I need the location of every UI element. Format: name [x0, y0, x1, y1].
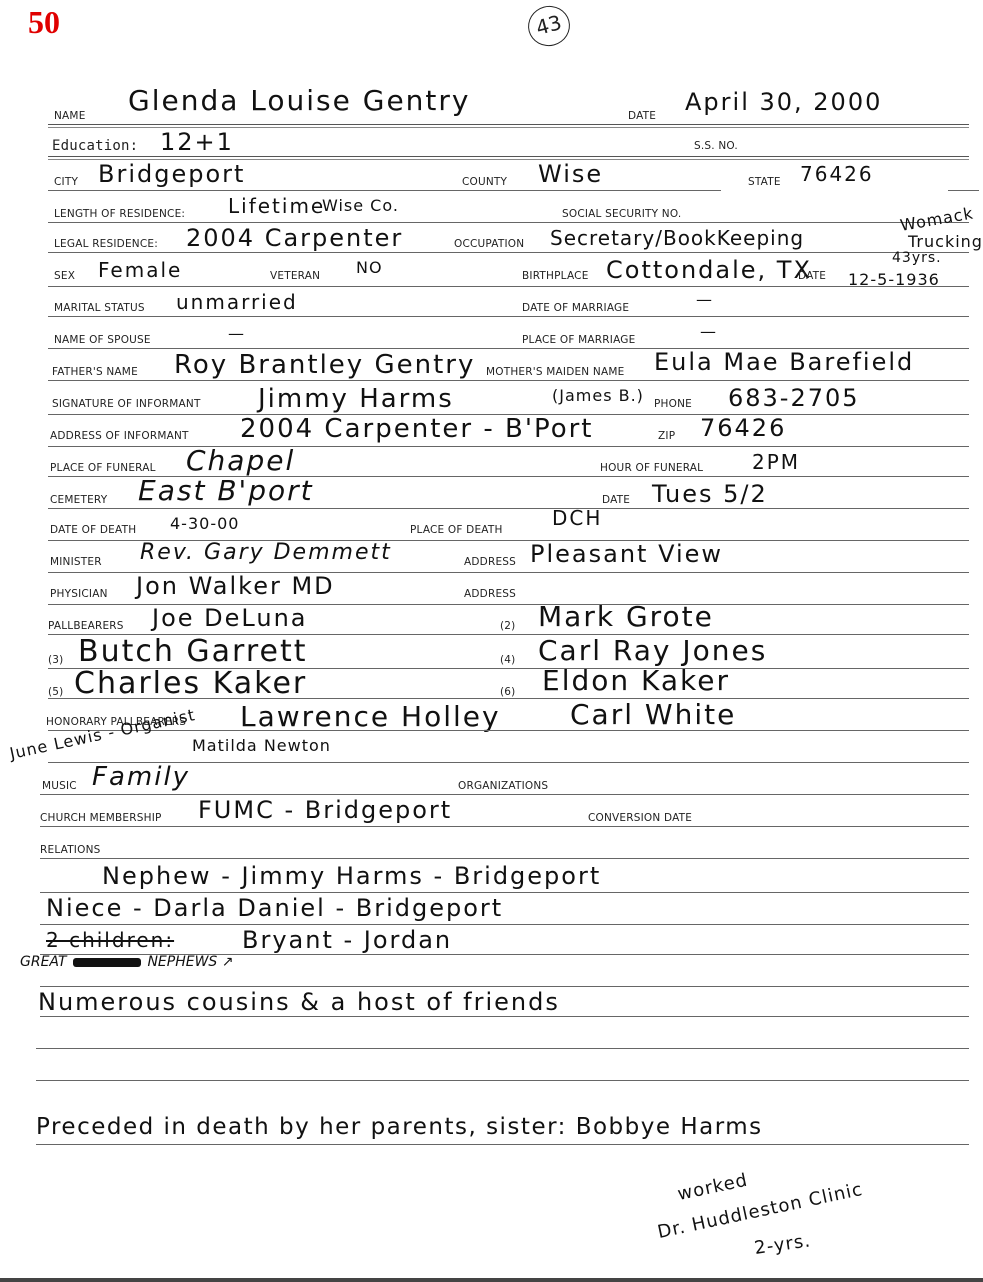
- occupation-note-bottom: Trucking: [908, 232, 983, 251]
- relation-line-1: Nephew - Jimmy Harms - Bridgeport: [102, 862, 601, 890]
- date-of-marriage-value: —: [696, 290, 713, 309]
- name-of-spouse-label: NAME OF SPOUSE: [54, 334, 151, 346]
- address-of-informant-value: 2004 Carpenter - B'Port: [240, 414, 594, 444]
- side-note-line-3: 2-yrs.: [753, 1230, 812, 1259]
- pallbearer-4-num: (4): [500, 654, 515, 666]
- minister-value: Rev. Gary Demmett: [140, 540, 392, 565]
- date-of-death-value: 4-30-00: [170, 514, 239, 533]
- rule: [40, 986, 969, 987]
- minister-address-label: ADDRESS: [464, 556, 516, 568]
- pallbearer-1: Joe DeLuna: [152, 604, 307, 632]
- county-label: COUNTY: [462, 176, 507, 188]
- occupation-value: Secretary/BookKeeping: [550, 226, 804, 250]
- state-label: STATE: [748, 176, 781, 188]
- date-of-marriage-label: DATE OF MARRIAGE: [522, 302, 629, 314]
- pallbearers-label: PALLBEARERS: [48, 620, 124, 632]
- zip-value: 76426: [700, 414, 786, 442]
- county-value: Wise: [538, 160, 603, 188]
- city-label: CITY: [54, 176, 78, 188]
- rule: [48, 190, 721, 191]
- rule: [48, 286, 969, 287]
- church-membership-value: FUMC - Bridgeport: [198, 796, 452, 824]
- relations-label: RELATIONS: [40, 844, 100, 856]
- page-bottom-edge: [0, 1278, 983, 1282]
- name-of-spouse-value: —: [228, 324, 245, 343]
- fathers-name-label: FATHER'S NAME: [52, 366, 138, 378]
- relation-line-3: Bryant - Jordan: [242, 926, 452, 954]
- place-of-funeral-value: Chapel: [186, 444, 295, 477]
- signature-of-informant-label: SIGNATURE OF INFORMANT: [52, 398, 201, 410]
- informant-name-note: (James B.): [552, 386, 644, 405]
- birthplace-label: BIRTHPLACE: [522, 270, 589, 282]
- occupation-label: OCCUPATION: [454, 238, 524, 250]
- marital-status-label: MARITAL STATUS: [54, 302, 145, 314]
- sex-label: SEX: [54, 270, 75, 282]
- rule: [48, 730, 969, 731]
- place-of-funeral-label: PLACE OF FUNERAL: [50, 462, 156, 474]
- place-of-death-label: PLACE OF DEATH: [410, 524, 503, 536]
- pallbearer-5-num: (5): [48, 686, 63, 698]
- length-of-residence-note: Wise Co.: [322, 196, 399, 215]
- scribbled-out-word: [73, 958, 141, 967]
- rule: [36, 1080, 969, 1081]
- phone-value: 683-2705: [728, 384, 860, 412]
- fathers-name-value: Roy Brantley Gentry: [174, 350, 475, 380]
- rule: [40, 794, 969, 795]
- pallbearer-3-num: (3): [48, 654, 63, 666]
- nephews-suffix: NEPHEWS ↗: [147, 954, 233, 970]
- pallbearer-3: Butch Garrett: [78, 634, 308, 669]
- relation-line-4: Numerous cousins & a host of friends: [38, 988, 560, 1016]
- rule: [40, 892, 969, 893]
- physician-address-label: ADDRESS: [464, 588, 516, 600]
- rule: [36, 1144, 969, 1145]
- rule: [48, 222, 969, 223]
- conversion-date-label: CONVERSION DATE: [588, 812, 692, 824]
- preceded-in-death: Preceded in death by her parents, sister…: [36, 1114, 763, 1140]
- date-of-death-label: DATE OF DEATH: [50, 524, 136, 536]
- rule: [40, 1016, 969, 1017]
- veteran-label: VETERAN: [270, 270, 320, 282]
- rule: [48, 316, 969, 317]
- minister-address-value: Pleasant View: [530, 540, 723, 568]
- occupation-note-top: Womack: [899, 203, 975, 235]
- relation-struck-text: 2 children:: [46, 928, 174, 952]
- rule: [948, 190, 979, 191]
- hour-of-funeral-value: 2PM: [752, 450, 800, 474]
- ss-no-label: S.S. NO.: [694, 140, 738, 152]
- side-note-line-1: worked: [676, 1170, 750, 1205]
- great-prefix: GREAT: [20, 954, 67, 970]
- place-of-marriage-label: PLACE OF MARRIAGE: [522, 334, 635, 346]
- veteran-value: NO: [356, 258, 383, 277]
- pallbearer-2-num: (2): [500, 620, 515, 632]
- music-value: Family: [92, 762, 190, 792]
- length-of-residence-value: Lifetime: [228, 194, 325, 218]
- music-label: MUSIC: [42, 780, 77, 792]
- pallbearer-6-num: (6): [500, 686, 515, 698]
- name-label: NAME: [54, 110, 86, 122]
- pallbearer-6: Eldon Kaker: [542, 664, 730, 697]
- circled-number-mark: 43: [524, 1, 575, 51]
- mothers-maiden-name-value: Eula Mae Barefield: [654, 348, 914, 376]
- marital-status-value: unmarried: [176, 290, 298, 314]
- education-value: 12+1: [160, 128, 234, 156]
- address-of-informant-label: ADDRESS OF INFORMANT: [50, 430, 189, 442]
- rule: [48, 508, 969, 509]
- minister-label: MINISTER: [50, 556, 102, 568]
- date-label: DATE: [628, 110, 656, 122]
- legal-residence-value: 2004 Carpenter: [186, 224, 403, 252]
- cemetery-label: CEMETERY: [50, 494, 107, 506]
- pallbearer-4: Carl Ray Jones: [538, 634, 767, 667]
- funeral-date-value: Tues 5/2: [652, 480, 768, 508]
- rule: [48, 156, 969, 157]
- zip-label: ZIP: [658, 430, 675, 442]
- pallbearer-2: Mark Grote: [538, 600, 714, 633]
- legal-residence-label: LEGAL RESIDENCE:: [54, 238, 158, 250]
- rule: [48, 380, 969, 381]
- great-nephews-note: GREAT NEPHEWS ↗: [20, 954, 234, 970]
- honorary-pallbearer-2: Carl White: [570, 698, 736, 731]
- rule: [40, 924, 969, 925]
- rule: [40, 858, 969, 859]
- honorary-pallbearer-1: Lawrence Holley: [240, 700, 501, 733]
- cemetery-value: East B'port: [138, 474, 314, 507]
- age-note: 43yrs.: [892, 250, 942, 266]
- page-number: 50: [28, 4, 60, 41]
- rule: [36, 1048, 969, 1049]
- name-value: Glenda Louise Gentry: [128, 84, 471, 117]
- hour-of-funeral-label: HOUR OF FUNERAL: [600, 462, 703, 474]
- length-of-residence-label: LENGTH OF RESIDENCE:: [54, 208, 185, 220]
- singer-note: Matilda Newton: [192, 736, 331, 755]
- mothers-maiden-name-label: MOTHER'S MAIDEN NAME: [486, 366, 624, 378]
- date-value: April 30, 2000: [685, 88, 882, 116]
- rule: [48, 252, 969, 253]
- physician-value: Jon Walker MD: [136, 572, 335, 600]
- signature-of-informant-value: Jimmy Harms: [258, 384, 454, 414]
- place-of-marriage-value: —: [700, 322, 717, 341]
- organist-note: June Lewis - Organist: [8, 705, 197, 763]
- place-of-death-value: DCH: [552, 506, 602, 530]
- state-value: 76426: [800, 162, 874, 186]
- pallbearer-5: Charles Kaker: [74, 666, 307, 701]
- relation-line-2: Niece - Darla Daniel - Bridgeport: [46, 894, 503, 922]
- funeral-date-label: DATE: [602, 494, 630, 506]
- physician-label: PHYSICIAN: [50, 588, 108, 600]
- birthplace-value: Cottondale, TX: [606, 256, 812, 284]
- rule: [40, 826, 969, 827]
- organizations-label: ORGANIZATIONS: [458, 780, 548, 792]
- social-security-label: SOCIAL SECURITY NO.: [562, 208, 681, 220]
- phone-label: PHONE: [654, 398, 692, 410]
- sex-value: Female: [98, 258, 182, 282]
- rule: [48, 124, 969, 125]
- birth-date-label: DATE: [798, 270, 826, 282]
- church-membership-label: CHURCH MEMBERSHIP: [40, 812, 162, 824]
- city-value: Bridgeport: [98, 160, 245, 188]
- rule: [48, 698, 969, 699]
- education-label: Education:: [52, 138, 138, 154]
